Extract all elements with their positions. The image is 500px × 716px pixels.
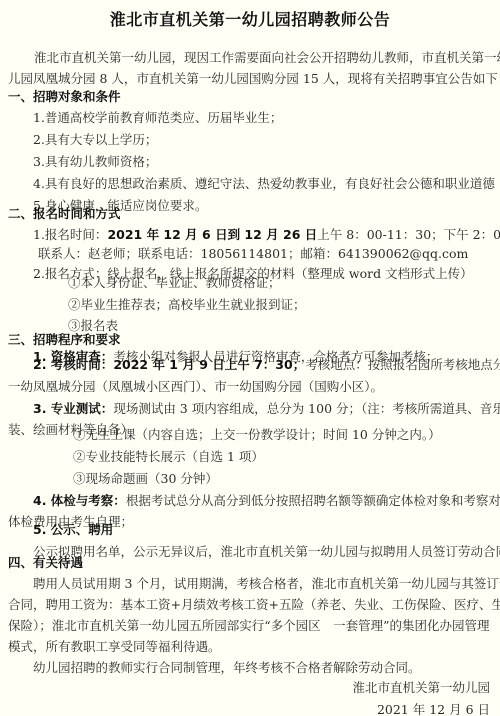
publicity-heading: 5. 公示、聘用 bbox=[33, 520, 113, 540]
test-item-1: ①无生上课（内容自选；上交一份教学设计；时间 10 分钟之内。） bbox=[73, 425, 441, 445]
exam-label: 2. 考核时间： bbox=[33, 357, 113, 372]
physical-label: 4. 体检与考察： bbox=[33, 493, 126, 508]
physical-text: 根据考试总分从高分到低分按照招聘名额等额确定体检对象和考察对象， bbox=[126, 493, 500, 508]
condition-item-4: 4.具有良好的思想政治素质、遵纪守法、热爱幼教事业，有良好社会公德和职业道德 ； bbox=[33, 174, 500, 194]
condition-item-2: 2.具有大专以上学历； bbox=[33, 130, 157, 150]
benefits-line-4: 模式，所有教职工享受同等福利待遇。 bbox=[8, 637, 221, 657]
benefits-line-2: 合同，聘用工资为：基本工资+月绩效考核工资+五险（养老、失业、工伤保险、医疗、生… bbox=[8, 595, 500, 615]
contract-note: 幼儿园招聘的教师实行合同制管理，年终考核不合格者解除劳动合同。 bbox=[33, 658, 421, 678]
section-heading-1: 一、招聘对象和条件 bbox=[8, 87, 121, 107]
contact-info: 联系人：赵老师；联系电话：18056114801；邮箱：641390062@qq… bbox=[38, 244, 468, 264]
publicity-text: 公示拟聘用名单，公示无异议后，淮北市直机关第一幼儿园与拟聘用人员签订劳动合同； bbox=[33, 542, 500, 562]
professional-test: 3. 专业测试：现场测试由 3 项内容组成，总分为 100 分；（注：考核所需道… bbox=[33, 399, 500, 419]
benefits-line-1: 聘用人员试用期 3 个月，试用期满，考核合格者，淮北市直机关第一幼儿园与其签订劳… bbox=[33, 574, 500, 594]
material-item-2: ②毕业生推荐表；高校毕业生就业报到证； bbox=[68, 295, 306, 315]
intro-line-2: 儿园凤凰城分园 8 人，市直机关第一幼儿园国购分园 15 人，现将有关招聘事宜公… bbox=[8, 69, 500, 89]
test-item-3: ③现场命题画（30 分钟） bbox=[73, 469, 218, 489]
physical-exam: 4. 体检与考察：根据考试总分从高分到低分按照招聘名额等额确定体检对象和考察对象… bbox=[33, 491, 500, 511]
exam-datetime: 2022 年 1 月 9 日上午 7：30； bbox=[113, 357, 305, 372]
material-item-1: ①本人身份证、毕业证、教师资格证； bbox=[68, 273, 281, 293]
exam-place: 考核地点：按照报名园所考核地点分别在市 bbox=[305, 357, 500, 372]
test-label: 3. 专业测试： bbox=[33, 401, 113, 416]
section-heading-2: 二、报名时间和方式 bbox=[8, 204, 121, 224]
exam-time: 2. 考核时间：2022 年 1 月 9 日上午 7：30；考核地点：按照报名园… bbox=[33, 355, 500, 375]
intro-line-1: 淮北市直机关第一幼儿园，现因工作需要面向社会公开招聘幼儿教师，市直机关第一幼 bbox=[34, 48, 500, 68]
section-heading-4: 四、有关待遇 bbox=[8, 553, 83, 573]
benefits-line-3: 保险）；淮北市直机关第一幼儿园五所园部实行“多个园区 一套管理”的集团化办园管理 bbox=[8, 616, 490, 636]
exam-place-cont: 一幼凤凰城分园（凤凰城小区西门）、市一幼国购分园（国购小区）。 bbox=[8, 377, 383, 397]
signup-time-label: 1.报名时间： bbox=[33, 227, 107, 242]
signature-organization: 淮北市直机关第一幼儿园 bbox=[352, 678, 490, 698]
signup-date-range: 2021 年 12 月 6 日到 12 月 26 日 bbox=[107, 227, 317, 242]
signup-hours: 上午 8：00-11：30；下午 2：00-5：30 bbox=[317, 227, 500, 242]
signature-date: 2021 年 12 月 6 日 bbox=[377, 700, 490, 716]
condition-item-3: 3.具有幼儿教师资格； bbox=[33, 152, 157, 172]
page-title: 淮北市直机关第一幼儿园招聘教师公告 bbox=[0, 7, 500, 30]
test-text: 现场测试由 3 项内容组成，总分为 100 分；（注：考核所需道具、音乐、服 bbox=[113, 401, 500, 416]
condition-item-1: 1.普通高校学前教育师范类应、历届毕业生； bbox=[33, 108, 282, 128]
announcement-page: 淮北市直机关第一幼儿园招聘教师公告 淮北市直机关第一幼儿园，现因工作需要面向社会… bbox=[0, 0, 500, 716]
signup-time: 1.报名时间：2021 年 12 月 6 日到 12 月 26 日上午 8：00… bbox=[33, 225, 500, 245]
test-item-2: ②专业技能特长展示（自选 1 项） bbox=[73, 447, 264, 467]
